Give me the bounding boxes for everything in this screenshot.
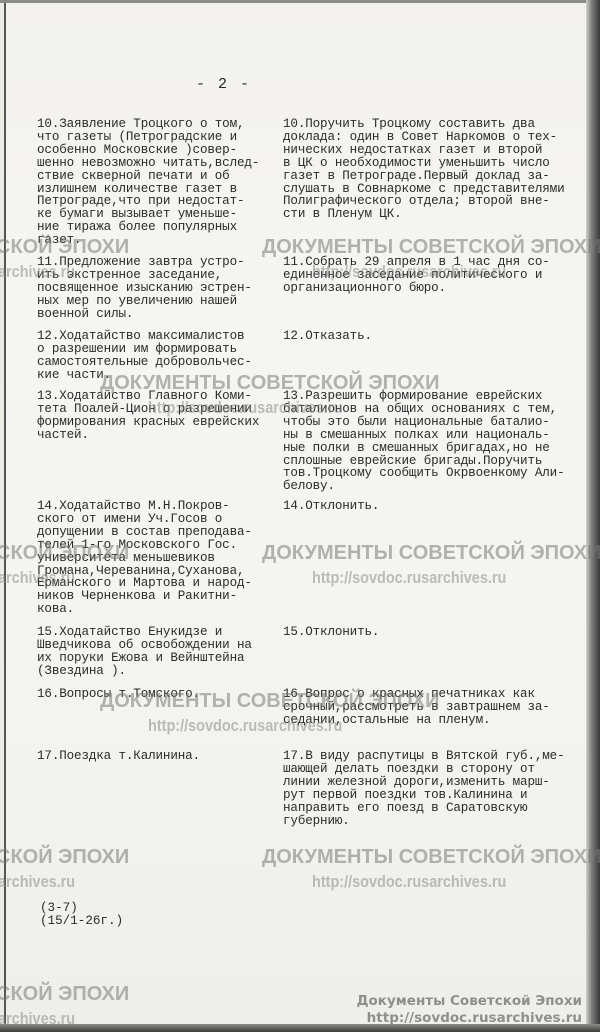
decision-10: 10.Поручить Троцкому составить два докла… — [283, 118, 565, 221]
scan-bottom-edge — [0, 1024, 600, 1032]
agenda-item-15: 15.Ходатайство Енукидзе и Шведчикова об … — [37, 626, 252, 678]
agenda-item-11: 11.Предложение завтра устро- ить экстрен… — [37, 256, 252, 321]
decision-11: 11.Собрать 29 апреля в 1 час дня со- еди… — [283, 256, 550, 295]
decision-12: 12.Отказать. — [283, 330, 372, 343]
corner-watermark-title: Документы Советской Эпохи — [357, 993, 583, 1009]
archive-reference: (3-7) (15/1-26г.) — [40, 902, 123, 928]
agenda-item-13: 13.Ходатайство Главного Коми- тета Поале… — [37, 390, 259, 442]
agenda-item-16: 16.Вопросы т.Томского. — [37, 688, 200, 701]
agenda-item-14: 14.Ходатайство М.Н.Покров- ского от имен… — [37, 500, 252, 616]
agenda-item-12: 12.Ходатайство максималистов о разрешени… — [37, 330, 252, 382]
decision-15: 15.Отклонить. — [283, 626, 379, 639]
decision-16: 16.Вопрос о красных печатниках как срочн… — [283, 688, 550, 727]
scan-right-edge — [586, 0, 600, 1032]
decision-13: 13.Разрешить формирование еврейских бата… — [283, 390, 565, 493]
decision-17: 17.В виду распутицы в Вятской губ.,ме- ш… — [283, 750, 565, 827]
agenda-item-17: 17.Поездка т.Калинина. — [37, 750, 200, 763]
agenda-item-10: 10.Заявление Троцкого о том, что газеты … — [37, 118, 259, 247]
page-number: - 2 - — [196, 76, 251, 93]
decision-14: 14.Отклонить. — [283, 500, 379, 513]
